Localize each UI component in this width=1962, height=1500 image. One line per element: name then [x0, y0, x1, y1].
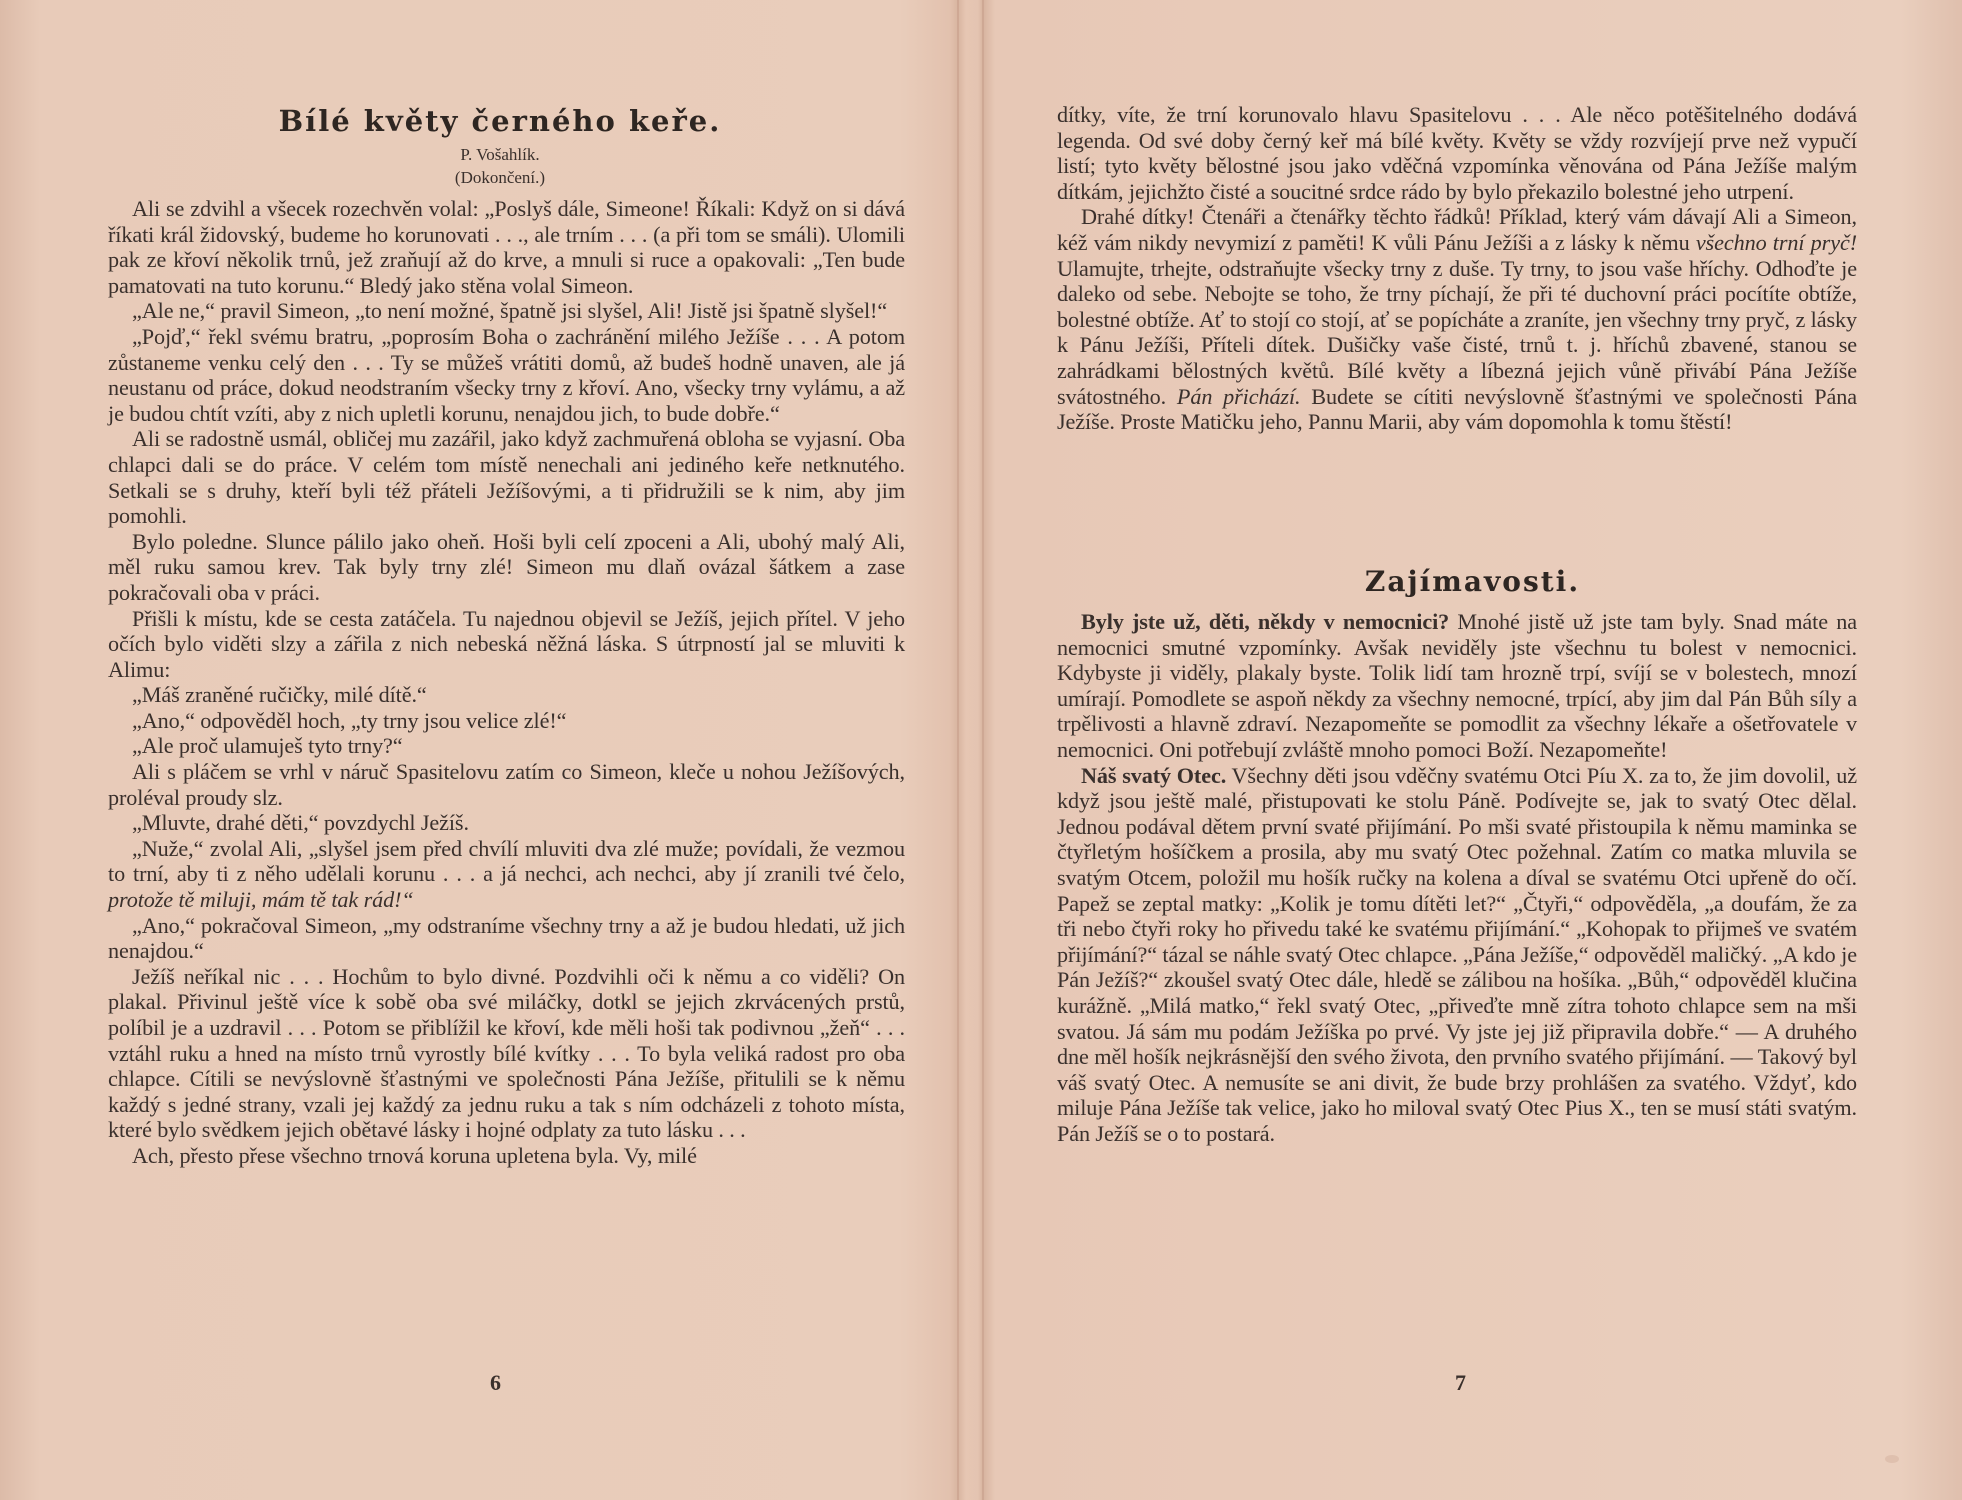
article-body-right: dítky, víte, že trní korunovalo hlavu Sp…: [1057, 102, 1857, 435]
italic-phrase: Pán přichází.: [1177, 384, 1301, 409]
paragraph: Ježíš neříkal nic . . . Hochům to bylo d…: [108, 964, 905, 1143]
paragraph: Bylo poledne. Slunce pálilo jako oheň. H…: [108, 529, 905, 606]
paragraph: „Mluvte, drahé děti,“ povzdychl Ježíš.: [108, 810, 905, 836]
page-right: dítky, víte, že trní korunovalo hlavu Sp…: [983, 0, 1962, 1500]
italic-phrase: všechno trní pryč!: [1696, 230, 1857, 255]
author-name: P. Vošahlík.: [0, 145, 1000, 165]
continued-note: (Dokončení.): [0, 168, 1000, 188]
paragraph: Ach, přesto přese všechno trnová koruna …: [108, 1143, 905, 1169]
paragraph: „Ale ne,“ pravil Simeon, „to není možné,…: [108, 298, 905, 324]
page-number: 6: [490, 1370, 501, 1396]
news-item: Náš svatý Otec. Všechny děti jsou vděčny…: [1057, 763, 1857, 1147]
section-body: Byly jste už, děti, někdy v nemocnici? M…: [1057, 609, 1857, 1146]
page-number: 7: [1455, 1370, 1466, 1396]
page-left: Bílé květy černého keře. P. Vošahlík. (D…: [0, 0, 958, 1500]
paragraph-text: „Nuže,“ zvolal Ali, „slyšel jsem před ch…: [108, 836, 905, 887]
paragraph: „Pojď,“ řekl svému bratru, „poprosím Boh…: [108, 324, 905, 426]
paragraph-with-italic: Drahé dítky! Čtenáři a čtenářky těchto ř…: [1057, 204, 1857, 434]
paragraph: Ali s pláčem se vrhl v náruč Spasitelovu…: [108, 759, 905, 810]
paragraph: Ali se zdvihl a všecek rozechvěn volal: …: [108, 196, 905, 298]
paragraph-with-italic: „Nuže,“ zvolal Ali, „slyšel jsem před ch…: [108, 836, 905, 913]
italic-phrase: protože tě miluji, mám tě tak rád!“: [108, 887, 414, 912]
article-title: Bílé květy černého keře.: [0, 104, 1000, 138]
paragraph: „Máš zraněné ručičky, milé dítě.“: [108, 682, 905, 708]
section-title: Zajímavosti.: [983, 565, 1962, 598]
book-spread: Bílé květy černého keře. P. Vošahlík. (D…: [0, 0, 1962, 1500]
paragraph: Ali se radostně usmál, obličej mu zazáři…: [108, 426, 905, 528]
paragraph: dítky, víte, že trní korunovalo hlavu Sp…: [1057, 102, 1857, 204]
news-item: Byly jste už, děti, někdy v nemocnici? M…: [1057, 609, 1857, 763]
paragraph: „Ano,“ odpověděl hoch, „ty trny jsou vel…: [108, 708, 905, 734]
item-heading: Byly jste už, děti, někdy v nemocnici?: [1081, 609, 1449, 634]
paragraph: Přišli k místu, kde se cesta zatáčela. T…: [108, 606, 905, 683]
article-body-left: Ali se zdvihl a všecek rozechvěn volal: …: [108, 196, 905, 1169]
item-text: Všechny děti jsou vděčny svatému Otci Pí…: [1057, 763, 1857, 1146]
paragraph: „Ano,“ pokračoval Simeon, „my odstraníme…: [108, 913, 905, 964]
item-heading: Náš svatý Otec.: [1081, 763, 1226, 788]
paragraph: „Ale proč ulamuješ tyto trny?“: [108, 733, 905, 759]
